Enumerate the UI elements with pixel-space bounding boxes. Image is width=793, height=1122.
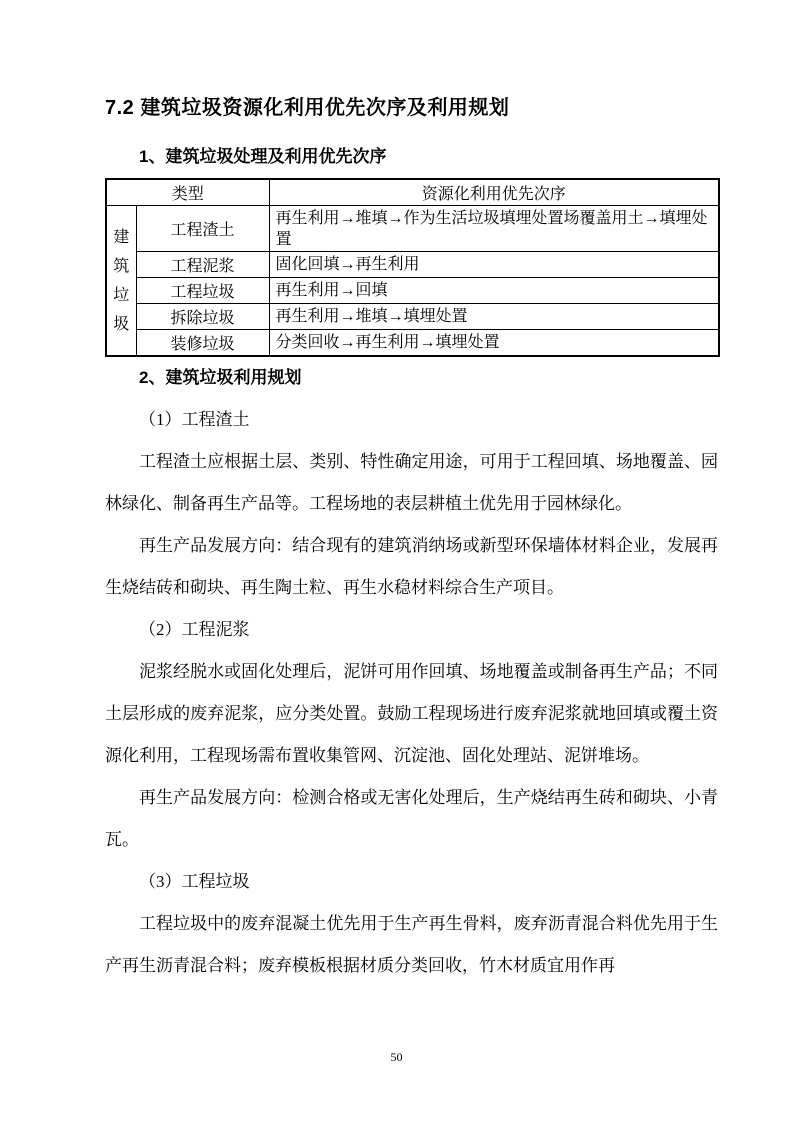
table-cell-priority: 再生利用→回填 bbox=[269, 278, 719, 304]
body-paragraph: 泥浆经脱水或固化处理后，泥饼可用作回填、场地覆盖或制备再生产品；不同土层形成的废… bbox=[105, 651, 718, 777]
table-row: 拆除垃圾 再生利用→堆填→填埋处置 bbox=[106, 304, 719, 330]
table-cell-type: 工程泥浆 bbox=[136, 252, 269, 278]
table-cell-type: 装修垃圾 bbox=[136, 330, 269, 357]
body-paragraph: 工程垃圾中的废弃混凝土优先用于生产再生骨料，废弃沥青混合料优先用于生产再生沥青混… bbox=[105, 903, 718, 987]
table-header-priority: 资源化利用优先次序 bbox=[269, 179, 719, 206]
table-row: 工程垃圾 再生利用→回填 bbox=[106, 278, 719, 304]
table-row: 工程泥浆 固化回填→再生利用 bbox=[106, 252, 719, 278]
table-cell-priority: 再生利用→堆填→作为生活垃圾填埋处置场覆盖用土→填埋处置 bbox=[269, 206, 719, 252]
section1-heading: 1、建筑垃圾处理及利用优先次序 bbox=[105, 146, 718, 168]
table-header-row: 类型 资源化利用优先次序 bbox=[106, 179, 719, 206]
page-number: 50 bbox=[0, 1050, 793, 1065]
body-paragraph: 再生产品发展方向：结合现有的建筑消纳场或新型环保墙体材料企业，发展再生烧结砖和砌… bbox=[105, 525, 718, 609]
subsection-title: （1）工程渣土 bbox=[105, 399, 718, 441]
section2-body: 2、建筑垃圾利用规划 （1）工程渣土 工程渣土应根据土层、类别、特性确定用途，可… bbox=[105, 357, 718, 987]
body-paragraph: 工程渣土应根据土层、类别、特性确定用途，可用于工程回填、场地覆盖、园林绿化、制备… bbox=[105, 441, 718, 525]
subsection-title: （3）工程垃圾 bbox=[105, 861, 718, 903]
body-paragraph: 再生产品发展方向：检测合格或无害化处理后，生产烧结再生砖和砌块、小青瓦。 bbox=[105, 777, 718, 861]
table-cell-priority: 再生利用→堆填→填埋处置 bbox=[269, 304, 719, 330]
table-cell-priority: 固化回填→再生利用 bbox=[269, 252, 719, 278]
table-header-type: 类型 bbox=[106, 179, 269, 206]
table-cell-priority: 分类回收→再生利用→填埋处置 bbox=[269, 330, 719, 357]
priority-table: 类型 资源化利用优先次序 建筑垃圾 工程渣土 再生利用→堆填→作为生活垃圾填埋处… bbox=[105, 178, 720, 357]
page-title: 7.2 建筑垃圾资源化利用优先次序及利用规划 bbox=[105, 95, 718, 121]
table-cell-type: 工程垃圾 bbox=[136, 278, 269, 304]
table-cell-type: 拆除垃圾 bbox=[136, 304, 269, 330]
table-row: 装修垃圾 分类回收→再生利用→填埋处置 bbox=[106, 330, 719, 357]
table-group-label: 建筑垃圾 bbox=[106, 206, 136, 357]
subsection-title: （2）工程泥浆 bbox=[105, 609, 718, 651]
document-page: 7.2 建筑垃圾资源化利用优先次序及利用规划 1、建筑垃圾处理及利用优先次序 类… bbox=[105, 0, 718, 987]
table-cell-type: 工程渣土 bbox=[136, 206, 269, 252]
table-row: 建筑垃圾 工程渣土 再生利用→堆填→作为生活垃圾填埋处置场覆盖用土→填埋处置 bbox=[106, 206, 719, 252]
section2-heading: 2、建筑垃圾利用规划 bbox=[105, 357, 718, 399]
